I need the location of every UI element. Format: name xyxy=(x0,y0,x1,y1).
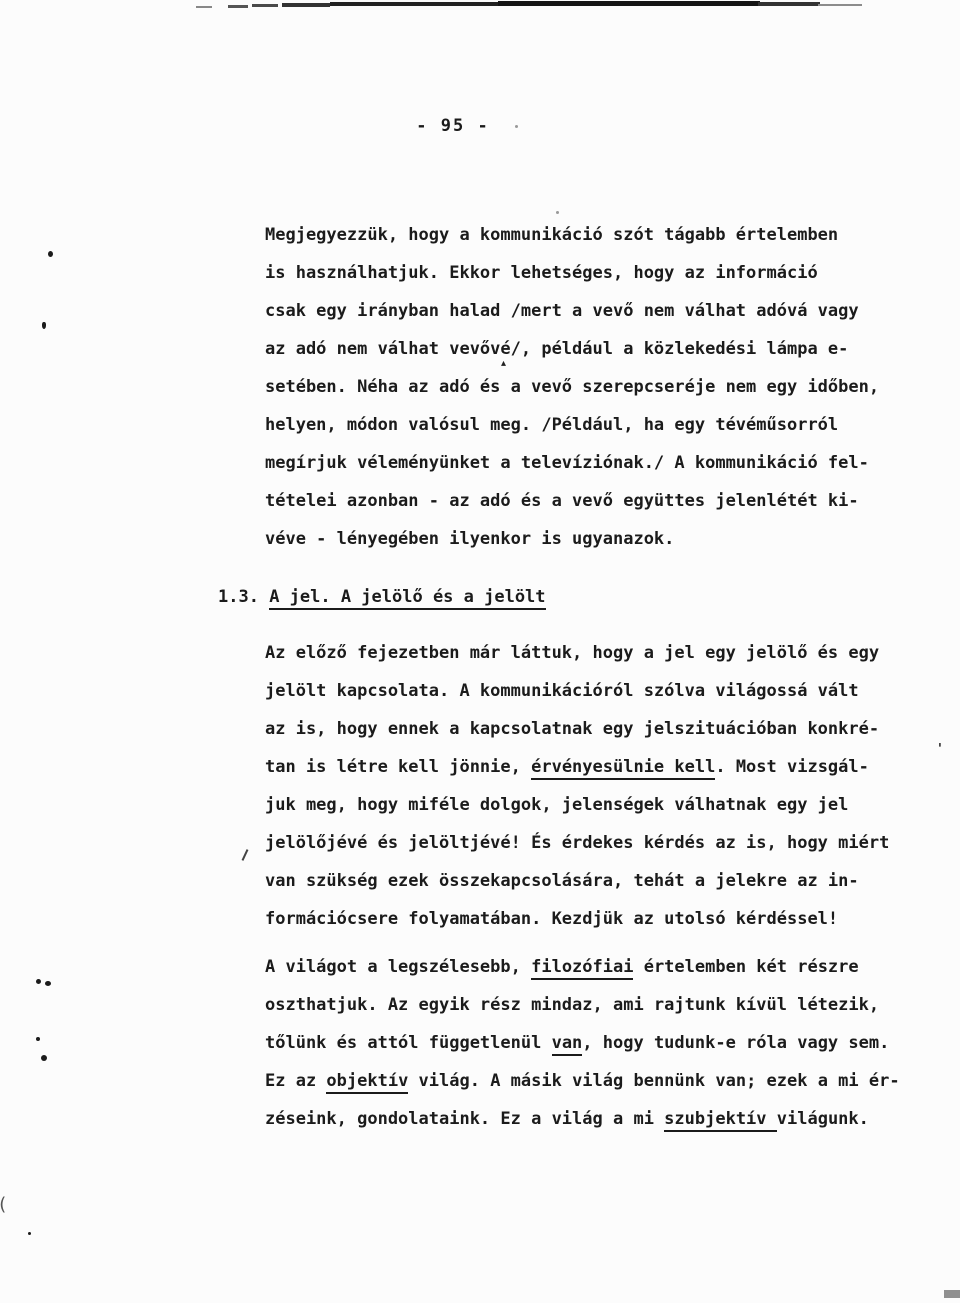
text-segment: megírjuk véleményünket a televíziónak./ … xyxy=(265,453,869,473)
text-segment: Az előző fejezetben már láttuk, hogy a j… xyxy=(265,643,879,663)
text-segment: jelölőjévé és jelöltjévé! És érdekes kér… xyxy=(265,833,889,853)
text-line: csak egy irányban halad /mert a vevő nem… xyxy=(265,292,879,330)
text-segment: tételei azonban - az adó és a vevő együt… xyxy=(265,491,859,511)
text-segment: az adó nem válhat vevővé/, például a köz… xyxy=(265,339,848,359)
ink-dot-artifact xyxy=(556,211,559,214)
text-line: Az előző fejezetben már láttuk, hogy a j… xyxy=(265,634,889,672)
text-segment: oszthatjuk. Az egyik rész mindaz, ami ra… xyxy=(265,995,879,1015)
text-line: jelölt kapcsolata. A kommunikációról szó… xyxy=(265,672,889,710)
text-segment: világunk. xyxy=(777,1109,869,1129)
page-number: - 95 - xyxy=(373,112,533,140)
text-line: helyen, módon valósul meg. /Például, ha … xyxy=(265,406,879,444)
margin-tick-artifact: ' xyxy=(936,742,944,757)
text-line: jelölőjévé és jelöltjévé! És érdekes kér… xyxy=(265,824,889,862)
text-line: is használhatjuk. Ekkor lehetséges, hogy… xyxy=(265,254,879,292)
margin-slash-artifact xyxy=(242,849,249,861)
scan-artifact-line xyxy=(498,1,760,6)
ink-dot-artifact xyxy=(42,322,46,329)
text-segment: is használhatjuk. Ekkor lehetséges, hogy… xyxy=(265,263,818,283)
text-line: juk meg, hogy miféle dolgok, jelenségek … xyxy=(265,786,889,824)
text-segment: setében. Néha az adó és a vevő szerepcse… xyxy=(265,377,879,397)
text-segment: . Most vizsgál- xyxy=(715,757,869,777)
text-line: megírjuk véleményünket a televíziónak./ … xyxy=(265,444,879,482)
text-segment: jelölt kapcsolata. A kommunikációról szó… xyxy=(265,681,859,701)
ink-dot-artifact xyxy=(45,981,51,986)
text-line: formációcsere folyamatában. Kezdjük az u… xyxy=(265,900,889,938)
text-segment: értelemben két részre xyxy=(633,957,858,977)
underlined-text: A jel. A jelölő és a jelölt xyxy=(269,587,545,610)
text-segment: helyen, módon valósul meg. /Például, ha … xyxy=(265,415,838,435)
text-segment: 1.3. xyxy=(218,587,269,607)
ink-dot-artifact xyxy=(28,1232,31,1235)
paragraph-sign-signifier: Az előző fejezetben már láttuk, hogy a j… xyxy=(265,634,889,938)
scan-artifact-line xyxy=(818,4,862,6)
text-line: az adó nem válhat vevővé/, például a köz… xyxy=(265,330,879,368)
text-line: van szükség ezek összekapcsolására, tehá… xyxy=(265,862,889,900)
paragraph-world-division: A világot a legszélesebb, filozófiai ért… xyxy=(265,948,900,1138)
ink-dot-artifact xyxy=(515,125,518,128)
text-segment: az is, hogy ennek a kapcsolatnak egy jel… xyxy=(265,719,879,739)
text-segment: világ. A másik világ bennünk van; ezek a… xyxy=(408,1071,899,1091)
scan-artifact-line xyxy=(282,3,330,7)
underlined-text: objektív xyxy=(326,1071,408,1094)
underlined-text: szubjektív xyxy=(664,1109,777,1132)
scan-artifact-line xyxy=(252,4,278,7)
document-page: - 95 - Megjegyezzük, hogy a kommunikáció… xyxy=(0,0,960,1303)
text-line: setében. Néha az adó és a vevő szerepcse… xyxy=(265,368,879,406)
insert-caret-mark: ▴ xyxy=(501,358,506,369)
paragraph-communication: Megjegyezzük, hogy a kommunikáció szót t… xyxy=(265,216,879,558)
text-line: Megjegyezzük, hogy a kommunikáció szót t… xyxy=(265,216,879,254)
scan-artifact-line xyxy=(330,2,500,6)
underlined-text: érvényesülnie kell xyxy=(531,757,715,780)
text-line: oszthatjuk. Az egyik rész mindaz, ami ra… xyxy=(265,986,900,1024)
scan-artifact-line xyxy=(196,6,212,8)
text-segment: A világot a legszélesebb, xyxy=(265,957,531,977)
text-line: tőlünk és attól függetlenül van, hogy tu… xyxy=(265,1024,900,1062)
underlined-text: filozófiai xyxy=(531,957,633,980)
section-heading-1-3: 1.3. A jel. A jelölő és a jelölt xyxy=(218,578,546,616)
text-segment: zéseink, gondolataink. Ez a világ a mi xyxy=(265,1109,664,1129)
text-segment: formációcsere folyamatában. Kezdjük az u… xyxy=(265,909,838,929)
text-segment: tan is létre kell jönnie, xyxy=(265,757,531,777)
text-segment: juk meg, hogy miféle dolgok, jelenségek … xyxy=(265,795,848,815)
text-segment: Megjegyezzük, hogy a kommunikáció szót t… xyxy=(265,225,838,245)
ink-dot-artifact xyxy=(36,979,41,984)
text-line: tételei azonban - az adó és a vevő együt… xyxy=(265,482,879,520)
scan-corner-artifact xyxy=(944,1290,960,1298)
text-line: zéseink, gondolataink. Ez a világ a mi s… xyxy=(265,1100,900,1138)
underlined-text: van xyxy=(552,1033,583,1056)
scan-artifact-line xyxy=(758,2,820,6)
text-segment: Ez az xyxy=(265,1071,326,1091)
ink-dot-artifact xyxy=(41,1055,47,1061)
text-segment: csak egy irányban halad /mert a vevő nem… xyxy=(265,301,859,321)
text-line: Ez az objektív világ. A másik világ benn… xyxy=(265,1062,900,1100)
text-line: A világot a legszélesebb, filozófiai ért… xyxy=(265,948,900,986)
text-line: véve - lényegében ilyenkor is ugyanazok. xyxy=(265,520,879,558)
ink-dot-artifact xyxy=(36,1037,40,1041)
text-line: az is, hogy ennek a kapcsolatnak egy jel… xyxy=(265,710,889,748)
text-segment: van szükség ezek összekapcsolására, tehá… xyxy=(265,871,859,891)
text-line: tan is létre kell jönnie, érvényesülnie … xyxy=(265,748,889,786)
text-segment: , hogy tudunk-e róla vagy sem. xyxy=(582,1033,889,1053)
text-segment: tőlünk és attól függetlenül xyxy=(265,1033,552,1053)
ink-dot-artifact xyxy=(48,251,53,257)
scan-artifact-line xyxy=(228,5,248,8)
text-segment: véve - lényegében ilyenkor is ugyanazok. xyxy=(265,529,674,549)
text-line: 1.3. A jel. A jelölő és a jelölt xyxy=(218,578,546,616)
margin-paren-artifact: ( xyxy=(0,1194,8,1215)
